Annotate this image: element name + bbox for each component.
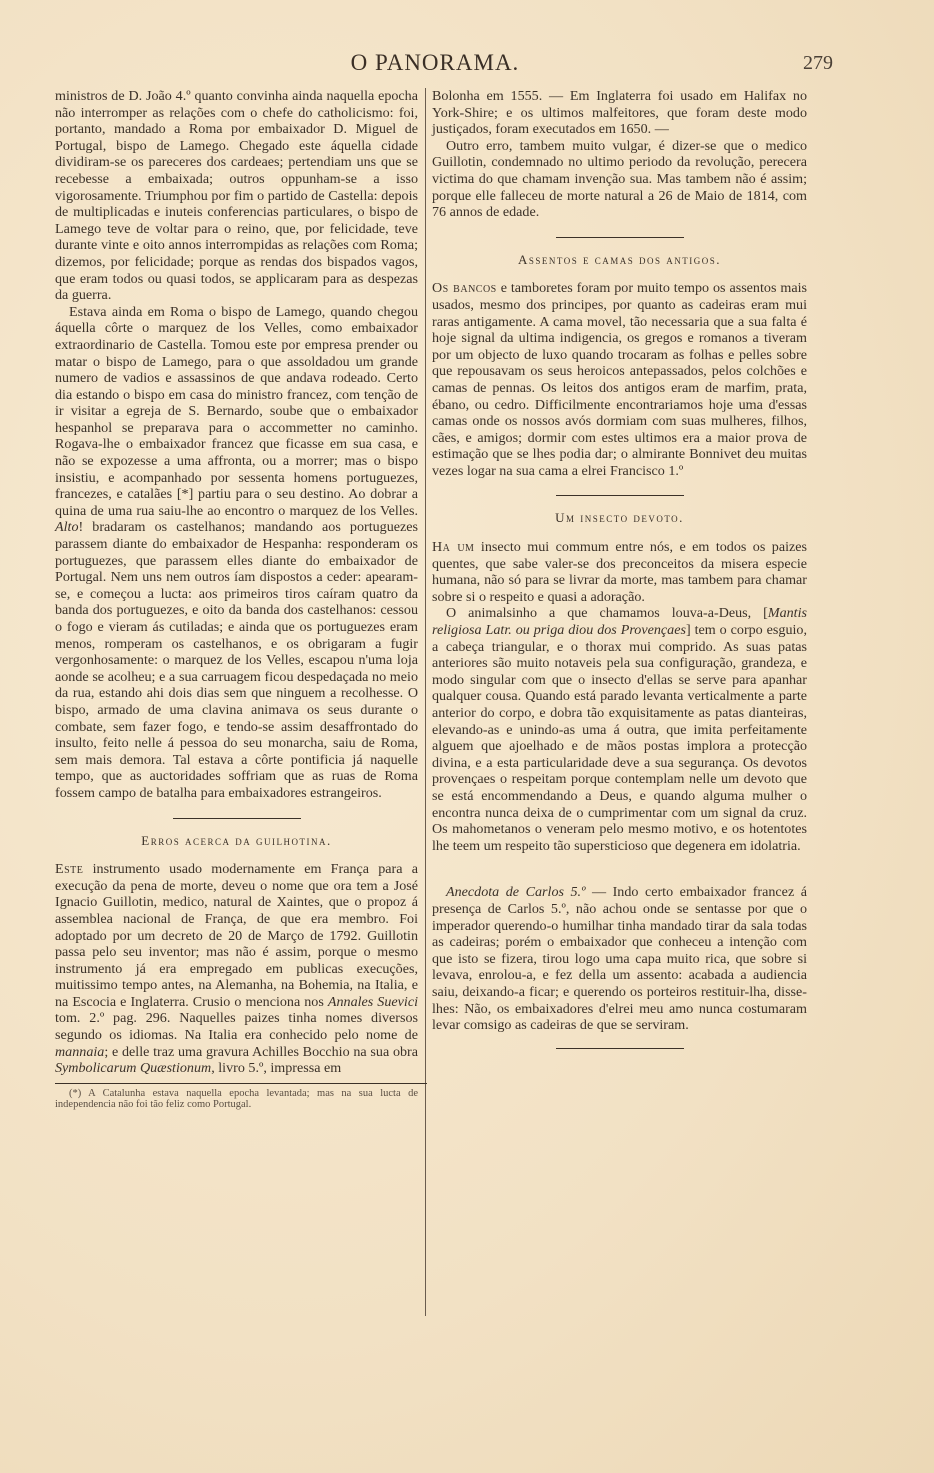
paragraph-text: O animalsinho a que chamamos louva-a-Deu… — [446, 605, 768, 621]
column-divider — [425, 88, 426, 1316]
paragraph-text: Estava ainda em Roma o bispo de Lamego, … — [55, 304, 418, 519]
italic-title: Symbolicarum Quæstionum — [55, 1060, 211, 1076]
newspaper-page: O PANORAMA. 279 ministros de D. João 4.º… — [0, 0, 934, 1473]
article-paragraph: Anecdota de Carlos 5.º — Indo certo emba… — [432, 884, 807, 1033]
masthead-title: O PANORAMA. — [55, 50, 815, 76]
paragraph-text: instrumento usado modernamente em França… — [55, 861, 418, 1010]
page-number: 279 — [803, 52, 833, 75]
lead-word: Os bancos — [432, 280, 497, 296]
article-paragraph: O animalsinho a que chamamos louva-a-Deu… — [432, 605, 807, 854]
lead-word: Este — [55, 861, 83, 877]
article-paragraph: Os bancos e tamboretes foram por muito t… — [432, 280, 807, 479]
italic-term: mannaia — [55, 1044, 104, 1060]
footnote-divider — [55, 1083, 427, 1084]
section-title-insecto: Um insecto devoto. — [432, 510, 807, 527]
section-divider — [173, 818, 301, 819]
end-divider — [556, 1048, 684, 1049]
paragraph-text: ; e delle traz uma gravura Achilles Bocc… — [104, 1044, 418, 1060]
paragraph-text: tom. 2.º pag. 296. Naquelles paizes tinh… — [55, 1010, 418, 1043]
paragraph-text: — Indo certo embaixador francez á presen… — [432, 884, 807, 1033]
lead-word: Ha um — [432, 539, 474, 555]
right-column: Bolonha em 1555. — Em Inglaterra foi usa… — [432, 88, 807, 1049]
italic-title: Annales Suevici — [328, 994, 418, 1010]
article-paragraph: Estava ainda em Roma o bispo de Lamego, … — [55, 304, 418, 802]
section-divider — [556, 495, 684, 496]
anecdote-title: Anecdota de Carlos 5.º — [446, 884, 585, 900]
section-divider — [556, 237, 684, 238]
article-paragraph: Este instrumento usado modernamente em F… — [55, 861, 418, 1077]
article-paragraph: Ha um insecto mui commum entre nós, e em… — [432, 539, 807, 605]
article-paragraph: Bolonha em 1555. — Em Inglaterra foi usa… — [432, 88, 807, 138]
footnote: (*) A Catalunha estava naquella epocha l… — [55, 1088, 418, 1111]
paragraph-text: ! bradaram os castelhanos; mandando aos … — [55, 519, 418, 801]
left-column: ministros de D. João 4.º quanto convinha… — [55, 88, 418, 1111]
paragraph-text: e tamboretes foram por muito tempo os as… — [432, 280, 807, 479]
section-title-assentos: Assentos e camas dos antigos. — [432, 252, 807, 269]
paragraph-text: insecto mui commum entre nós, e em todos… — [432, 539, 807, 605]
italic-exclamation: Alto — [55, 519, 79, 535]
article-paragraph: ministros de D. João 4.º quanto convinha… — [55, 88, 418, 304]
paragraph-text: ] tem o corpo esguio, a cabeça triangula… — [432, 622, 807, 854]
page-header: O PANORAMA. 279 — [55, 50, 815, 84]
section-title-guilhotina: Erros acerca da guilhotina. — [55, 833, 418, 850]
article-paragraph: Outro erro, tambem muito vulgar, é dizer… — [432, 138, 807, 221]
paragraph-text: , livro 5.º, impressa em — [211, 1060, 341, 1076]
spacer — [432, 854, 807, 884]
